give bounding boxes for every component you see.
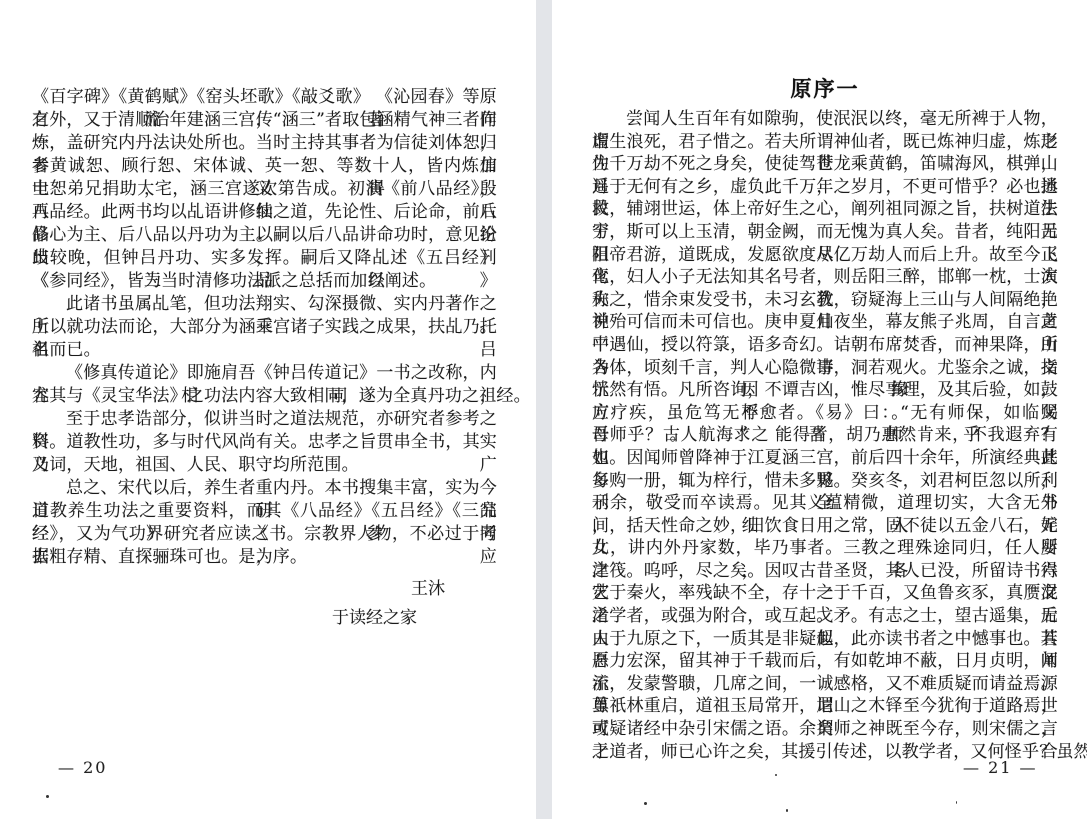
text-line: 《百字碑》《黄鹤赋》《窑头坯歌》《敲爻歌》 《沁园春》等原有流传著作 xyxy=(32,86,497,109)
text-line: 之外，又于清顺治年建涵三宫，“涵三”者取包涵精气神三者同炼归 xyxy=(32,109,497,132)
page-number-right: — 21 — xyxy=(963,758,1038,777)
scan-speck xyxy=(786,809,788,812)
text-line: 者黄诚恕、顾行恕、宋体诚、英一恕、等数十人，皆内炼信士，又得殷 xyxy=(32,155,497,178)
text-line: 每购一册，辄为梓行，惜未多见。癸亥冬，刘君柯臣忽以所利刊全书 xyxy=(592,470,1058,493)
text-line: 中遇仙，授以符箓，语多奇幻。诘朝布席焚香，而神果降，所为诗文 xyxy=(592,334,1058,357)
text-line: 人于九原之下，一质其是非疑似，此亦读书者之中憾事也。若吾师 xyxy=(592,628,1058,651)
author-signature: 王沐 xyxy=(32,578,497,601)
text-line: 说殆可信而未可信也。庚申夏月夜坐，幕友熊子兆周，自言黄平山 xyxy=(592,311,1058,334)
text-line: 所以就功法而论，大部分为涵三宫诸子实践之成果，扶乩乃托名吕 xyxy=(32,316,497,339)
text-line: 出较晚，但钟吕丹功、实多发挥。嗣后又降乩述《五吕经》《三品经》 xyxy=(32,247,497,270)
text-line: 之学者，或强为附合，或互起戈矛。有志之士，望古遥集，无由起其 xyxy=(592,605,1058,628)
text-line: 各体，顷刻千言，判人心隐微事，洞若观火。尤鉴余之诚，指示因缘， xyxy=(592,357,1058,380)
text-line: 总之、宋代以后，养生者重内丹。本书搜集丰富，实为今日研究 xyxy=(32,477,497,500)
text-line: 此诸书虽属乩笔，但功法翔实、勾深摄微、实内丹著作之上乘。 xyxy=(32,293,497,316)
text-line: 流，发蒙警聩，几席之间，一诚感格，又不难质疑而请益焉。虽谓世 xyxy=(592,673,1058,696)
text-line: 阳帝君游，道既成，发愿欲度尽亿万劫人而后上升。故至今飞鸾演 xyxy=(592,244,1058,267)
page-number-left: — 20 xyxy=(58,758,107,777)
book-page-left: 《百字碑》《黄鹤赋》《窑头坯歌》《敲爻歌》 《沁园春》等原有流传著作之外，又于清… xyxy=(32,86,497,630)
scan-speck xyxy=(775,774,777,776)
text-line: 示余，敬受而卒读焉。见其义蕴精微，道理切实，大含无外 ，细入无 xyxy=(592,492,1058,515)
book-page-right: 原序一 尝闻人生百年有如隙驹，使泯泯以终，毫无所裨于人物，谓之虚生浪死，君子惜之… xyxy=(592,76,1058,763)
text-line: 道教养生功法之重要资料，而其《八品经》《五吕经》《三品经》《参同 xyxy=(32,500,497,523)
text-line: 《修真传道论》即施肩吾《钟吕传道记》一书之改称，内容相同， xyxy=(32,362,497,385)
text-line: 愿力宏深，留其神于千载而后，有如乾坤不蔽，日月贞明，阐示源 xyxy=(592,650,1058,673)
text-line: 化，妇人小子无法知其名号者，则岳阳三醉，邯郸一枕，士大夫犹艳 xyxy=(592,266,1058,289)
left-page-body-text: 《百字碑》《黄鹤赋》《窑头坯歌》《敲爻歌》 《沁园春》等原有流传著作之外，又于清… xyxy=(32,86,497,569)
scan-speck xyxy=(956,801,957,804)
signature-place: 于读经之家 xyxy=(32,607,497,630)
text-line: 尊祇林重启，道祖玉局常开，尼山之木铎至今犹徇于道路焉，可矣， xyxy=(592,695,1058,718)
text-line: 津筏。呜呼，尽之矣。因叹古昔圣贤，其人已没，所留诗书六艺之文 xyxy=(592,560,1058,583)
text-line: 虚生浪死，君子惜之。若夫所谓神仙者，既已炼神归虚，炼形住世， xyxy=(592,131,1058,154)
text-line: 料。道教性功，多与时代风尚有关。忠孝之旨贯串全书，其实乃广 xyxy=(32,431,497,454)
text-line: 或疑诸经中杂引宋儒之语。余谓师之神既至今存，则宋儒之言之合 xyxy=(592,718,1058,741)
text-line: 修心为主、后八品以丹功为主。嗣以后八品讲命功时，意见纷歧，刊 xyxy=(32,224,497,247)
text-line: 也。因闻师曾降神于江夏涵三宫，前后四十余年，所演经典甚多夥， xyxy=(592,447,1058,470)
text-line: 恍然有悟。凡所咨询，不谭吉凶，惟尽事理，及其后验，如鼓应桴。赐 xyxy=(592,379,1058,402)
text-line: 间，括天性命之妙，归饮食日用之常，固不徒以五金八石，姹女婴 xyxy=(592,515,1058,538)
page-gutter-shadow xyxy=(536,0,552,819)
text-line: 穷，斯可以上玉清，朝金阙，而无愧为真人矣。昔者，纯阳吕祖从正 xyxy=(592,221,1058,244)
text-line: 《参同经》，皆为当时清修功法派之总括而加以阐述。 xyxy=(32,270,497,293)
text-line: 遥于无何有之乡，虚负此千万年之岁月，不更可惜乎？必也拯救生 xyxy=(592,176,1058,199)
text-line: 至于忠孝诰部分，似讲当时之道法规范，亦研究者参考之资 xyxy=(32,408,497,431)
text-line: 儿，讲内外丹家数，毕乃事者。三教之理殊途同归，任人所之，各得 xyxy=(592,537,1058,560)
text-line: 一，盖研究内丹法诀处所也。当时主持其事者为信徒刘体恕，参加 xyxy=(32,132,497,155)
text-line: 灾于秦火，率残缺不全，存十一于千百，又鱼鲁亥豕，真赝混淆。后 xyxy=(592,582,1058,605)
text-line: 吾师乎？古人航海求之 能得者，胡乃惠然肯来，不我遐弃有如此 xyxy=(592,424,1058,447)
right-page-body-text: 尝闻人生百年有如隙驹，使泯泯以终，毫无所裨于人物，谓之虚生浪死，君子惜之。若夫所… xyxy=(592,108,1058,763)
text-line: 经》，又为气功界研究者应读之书。宗教界人物，不必过于考据，应 xyxy=(32,523,497,546)
scan-speck xyxy=(644,802,647,805)
scan-speck xyxy=(46,795,49,798)
text-line: 称之，惜余束发受书，未习玄教，窃疑海上三山与人间隔绝，神仙之 xyxy=(592,289,1058,312)
text-line: 八品经。此两书均以乩语讲修仙之道，先论性、后论命，前八品以论 xyxy=(32,201,497,224)
text-line: 尝闻人生百年有如隙驹，使泯泯以终，毫无所裨于人物，谓之 xyxy=(592,108,1058,131)
text-line: 为千万劫不死之身矣，使徒驾苍龙乘黄鹤，笛啸海风，棋弹山月，逍 xyxy=(592,153,1058,176)
text-line: 民，辅翊世运，体上帝好生之心，阐列祖同源之旨，扶树道法于无 xyxy=(592,198,1058,221)
text-line: 方疗疾，虽危笃无不愈者。《易》曰：“无有师保，如临父母。”吾师乎？ xyxy=(592,402,1058,425)
text-line: 电恕弟兄捐助大宅，涵三宫遂次第告成。初演《前八品经》，再续后 xyxy=(32,178,497,201)
text-line: 尤其与《灵宝华法》之功法内容大致相同，遂为全真丹功之祖经。 xyxy=(32,385,497,408)
chapter-title: 原序一 xyxy=(592,76,1058,108)
